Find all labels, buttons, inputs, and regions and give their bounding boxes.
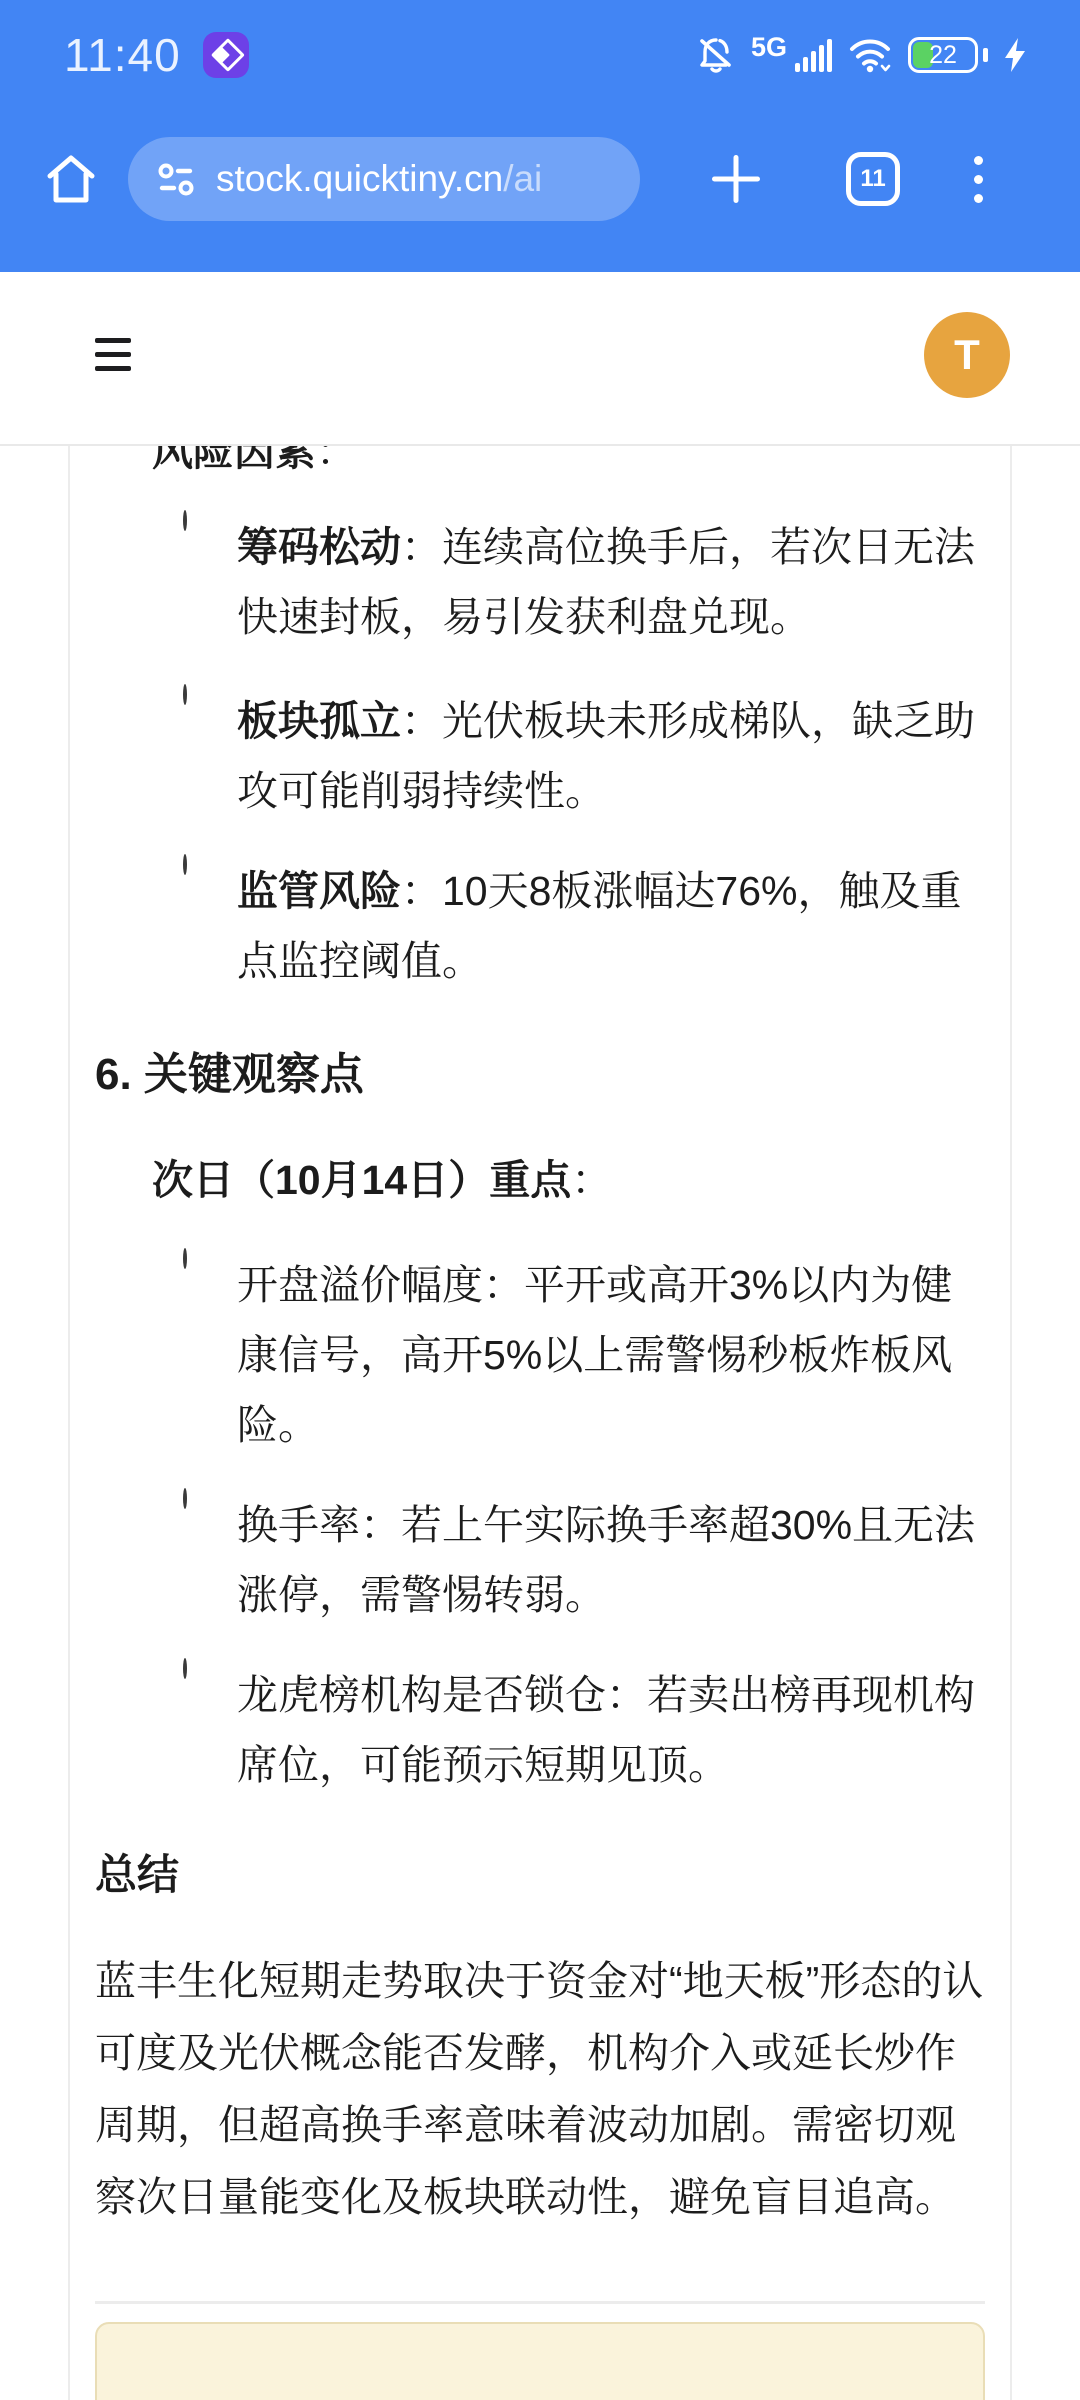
battery-percent: 22: [929, 41, 957, 70]
list-item-risk-2: 板块孤立：光伏板块未形成梯队，缺乏助攻可能削弱持续性。: [95, 686, 985, 826]
bullet-circle-icon: [183, 1488, 187, 1509]
risk-1-label: 筹码松动: [237, 524, 401, 570]
tab-count: 11: [860, 165, 885, 193]
list-item-observe-heading: 次日（10月14日）重点：: [95, 1145, 985, 1215]
battery-nub: [983, 48, 988, 62]
url-text[interactable]: stock.quicktiny.cn/ai: [216, 158, 542, 200]
notifications-off-icon: [695, 34, 737, 76]
summary-paragraph: 蓝丰生化短期走势取决于资金对“地天板”形态的认可度及光伏概念能否发酵，机构介入或…: [95, 1945, 985, 2233]
menu-icon[interactable]: [95, 338, 131, 371]
phone-screen: 11:40 5G: [0, 0, 1080, 2400]
bullet-circle-icon: [183, 684, 187, 705]
report-content[interactable]: 风险因素： 筹码松动：连续高位换手后，若次日无法快速封板，易引发获利盘兑现。 板…: [68, 446, 1012, 2400]
observe-heading-label: 次日（10月14日）重点: [152, 1157, 571, 1203]
risk-2-label: 板块孤立: [237, 698, 401, 744]
list-item-risk-heading: 风险因素：: [95, 446, 985, 486]
charging-bolt-icon: [1002, 37, 1028, 73]
status-icons: 5G 22: [695, 34, 1028, 76]
network-type-label: 5G: [751, 32, 787, 63]
address-bar[interactable]: stock.quicktiny.cn/ai: [128, 137, 640, 221]
avatar[interactable]: T: [924, 312, 1010, 398]
notification-app-icon: [203, 32, 249, 78]
url-path: /ai: [503, 158, 542, 199]
bullet-circle-icon: [183, 1248, 187, 1269]
list-item-observe-1: 开盘溢价幅度：平开或高开3%以内为健康信号，高开5%以上需警惕秒板炸板风险。: [95, 1250, 985, 1460]
browser-menu-button[interactable]: [974, 156, 983, 203]
new-tab-button[interactable]: [712, 155, 760, 203]
bullet-circle-icon: [183, 1658, 187, 1679]
observe-1-text: 开盘溢价幅度：平开或高开3%以内为健康信号，高开5%以上需警惕秒板炸板风险。: [237, 1250, 985, 1460]
bullet-circle-icon: [183, 510, 187, 531]
observe-2-text: 换手率：若上午实际换手率超30%且无法涨停，需警惕转弱。: [237, 1490, 985, 1630]
risk-heading-label: 风险因素: [152, 446, 316, 474]
site-settings-icon[interactable]: [154, 157, 198, 201]
list-item-observe-2: 换手率：若上午实际换手率超30%且无法涨停，需警惕转弱。: [95, 1490, 985, 1630]
clock: 11:40: [64, 28, 181, 82]
section-heading: 6. 关键观察点: [95, 1040, 985, 1110]
list-item-observe-3: 龙虎榜机构是否锁仓：若卖出榜再现机构席位，可能预示短期见顶。: [95, 1660, 985, 1800]
disclaimer-box-top: [95, 2322, 985, 2400]
tab-switcher-button[interactable]: 11: [846, 152, 900, 206]
bullet-circle-icon: [183, 854, 187, 875]
list-item-risk-1: 筹码松动：连续高位换手后，若次日无法快速封板，易引发获利盘兑现。: [95, 512, 985, 652]
observe-3-text: 龙虎榜机构是否锁仓：若卖出榜再现机构席位，可能预示短期见顶。: [237, 1660, 985, 1800]
avatar-letter: T: [954, 331, 980, 379]
page-header: T: [0, 272, 1080, 446]
home-button[interactable]: [40, 148, 102, 210]
signal-strength-icon: [795, 38, 832, 72]
risk-3-label: 监管风险: [237, 868, 401, 914]
wifi-icon: [846, 34, 894, 76]
list-item-risk-3: 监管风险：10天8板涨幅达76%，触及重点监控阈值。: [95, 856, 985, 996]
url-host: stock.quicktiny.cn: [216, 158, 503, 199]
status-bar: 11:40 5G: [0, 0, 1080, 100]
browser-toolbar: stock.quicktiny.cn/ai 11: [0, 100, 1080, 272]
battery-icon: 22: [908, 37, 978, 73]
divider: [95, 2301, 985, 2304]
summary-heading: 总结: [95, 1840, 985, 1910]
